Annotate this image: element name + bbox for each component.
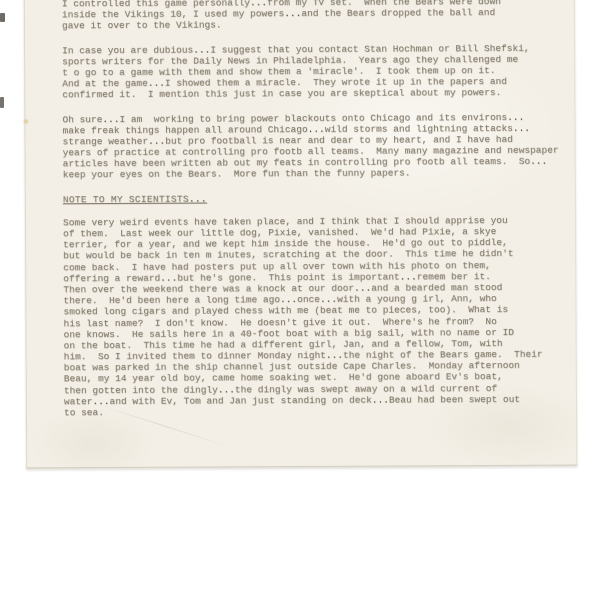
scan-edge-speck	[0, 97, 4, 108]
letter-paragraph: Some very weird events have taken place,…	[63, 214, 570, 418]
letter-line: gave it over to the Vikings.	[62, 18, 568, 32]
letter-body: I controlled this game personally...from…	[62, 0, 570, 431]
letter-paragraph: I controlled this game personally...from…	[62, 0, 568, 32]
letter-paragraph: Oh sure...I am working to bring power bl…	[62, 111, 568, 181]
letter-paragraph: In case you are dubious...I suggest that…	[62, 42, 568, 101]
letter-line: confirmed it. I mention this just in cas…	[62, 87, 568, 101]
letter-line: keep your eyes on the Bears. More fun th…	[63, 167, 569, 181]
scan-edge-speck	[0, 13, 5, 22]
section-heading: NOTE TO MY SCIENTISTS...	[63, 191, 569, 205]
letter-page: I controlled this game personally...from…	[24, 0, 578, 468]
stain-mark	[22, 118, 29, 124]
